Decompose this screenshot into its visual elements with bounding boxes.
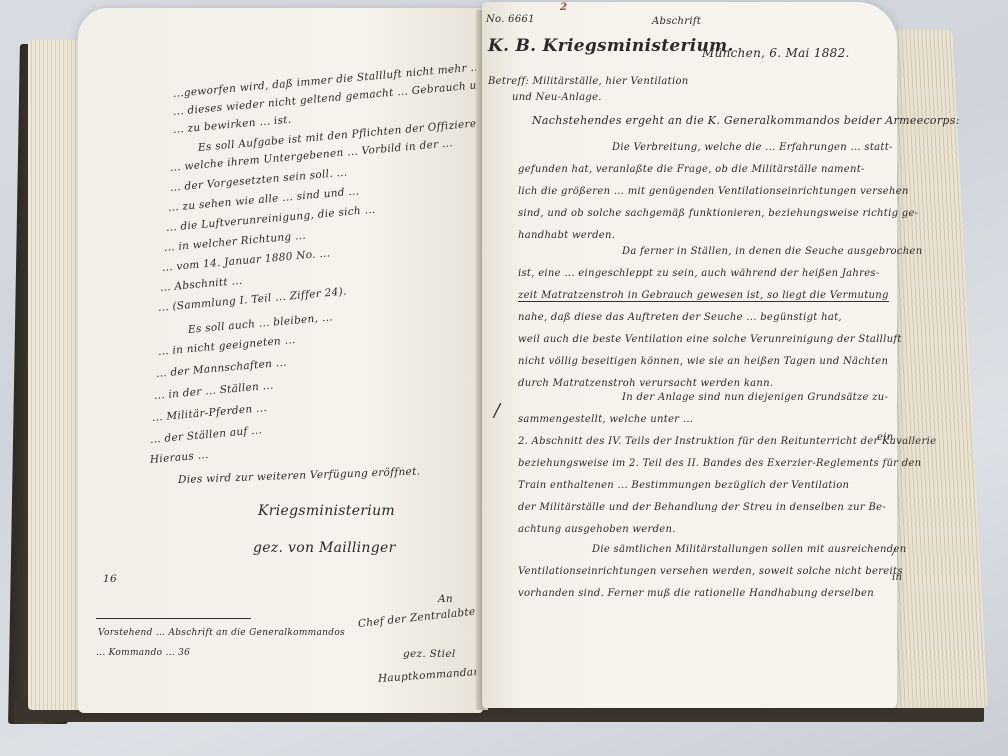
text-line: weil auch die beste Ventilation eine sol… <box>518 334 902 345</box>
text-line: ... in der ... Ställen ... <box>153 380 274 402</box>
text-line: ... der Mannschaften ... <box>155 357 287 380</box>
subject-line: und Neu-Anlage. <box>512 92 602 103</box>
text-line: ... zu bewirken ... ist. <box>172 114 291 136</box>
text-line: 2. Abschnitt des IV. Teils der Instrukti… <box>518 436 936 447</box>
margin-mark: / <box>892 547 896 558</box>
text-line: sind, und ob solche sachgemäß funktionie… <box>518 208 918 219</box>
file-number: No. 6661 <box>486 14 535 25</box>
addressee-line: An <box>438 593 453 605</box>
left-page: ...geworfen wird, daß immer die Stallluf… <box>78 8 483 713</box>
footnote-rule <box>96 618 251 619</box>
margin-mark: in <box>892 572 902 583</box>
signature-title: Kriegsministerium <box>258 503 395 519</box>
text-line: ... der Ställen auf ... <box>149 424 262 446</box>
addressee-line: gez. Stiel <box>403 648 456 660</box>
closing-line: Dies wird zur weiteren Verfügung eröffne… <box>178 466 421 486</box>
text-line: der Militärställe und der Behandlung der… <box>518 502 886 513</box>
text-line: sammengestellt, welche unter ... <box>518 414 693 425</box>
text-line: Train enthaltenen ... Bestimmungen bezüg… <box>518 480 849 491</box>
text-line: lich die größeren ... mit genügenden Ven… <box>518 186 909 197</box>
text-line: Ventilationseinrichtungen versehen werde… <box>518 566 903 577</box>
ministry-header: K. B. Kriegsministerium. <box>488 36 734 56</box>
margin-mark: / <box>494 400 500 421</box>
page-number-mark: 2 <box>560 2 567 13</box>
text-line: ... Abschnitt ... <box>159 275 242 294</box>
text-line: handhabt werden. <box>518 230 615 241</box>
text-line: Hieraus ... <box>149 449 209 466</box>
text-line: Es soll auch ... bleiben, ... <box>187 311 333 336</box>
text-line: vorhanden sind. Ferner muß die rationell… <box>518 588 874 599</box>
signature-name: gez. von Maillinger <box>253 540 396 556</box>
margin-mark: ein <box>877 432 893 443</box>
text-line: achtung ausgehoben werden. <box>518 524 676 535</box>
text-line: nicht völlig beseitigen können, wie sie … <box>518 356 888 367</box>
salutation: Nachstehendes ergeht an die K. Generalko… <box>532 114 960 127</box>
text-line: zeit Matratzenstroh in Gebrauch gewesen … <box>518 290 889 302</box>
text-line: ... in nicht geeigneten ... <box>157 334 296 358</box>
text-line: Da ferner in Ställen, in denen die Seuch… <box>622 246 922 257</box>
text-line: Die Verbreitung, welche die ... Erfahrun… <box>612 142 893 153</box>
place-date: München, 6. Mai 1882. <box>702 46 850 60</box>
subject-line: Betreff: Militärställe, hier Ventilation <box>488 76 689 87</box>
text-line: durch Matratzenstroh verursacht werden k… <box>518 378 773 389</box>
footnote-line: ... Kommando ... 36 <box>96 648 190 658</box>
marginal-mark: 16 <box>103 573 117 585</box>
text-line: gefunden hat, veranlaßte die Frage, ob d… <box>518 164 865 175</box>
right-page: No. 6661 2 Abschrift K. B. Kriegsministe… <box>482 2 897 708</box>
text-line: Die sämtlichen Militärstallungen sollen … <box>592 544 906 555</box>
text-line: nahe, daß diese das Auftreten der Seuche… <box>518 312 842 323</box>
text-line: ist, eine ... eingeschleppt zu sein, auc… <box>518 268 880 279</box>
text-line: In der Anlage sind nun diejenigen Grunds… <box>622 392 888 403</box>
annotation-top: Abschrift <box>652 16 701 27</box>
footnote-line: Vorstehend ... Abschrift an die Generalk… <box>98 628 345 638</box>
text-line: ... Militär-Pferden ... <box>151 402 267 424</box>
text-line: beziehungsweise im 2. Teil des II. Bande… <box>518 458 921 469</box>
